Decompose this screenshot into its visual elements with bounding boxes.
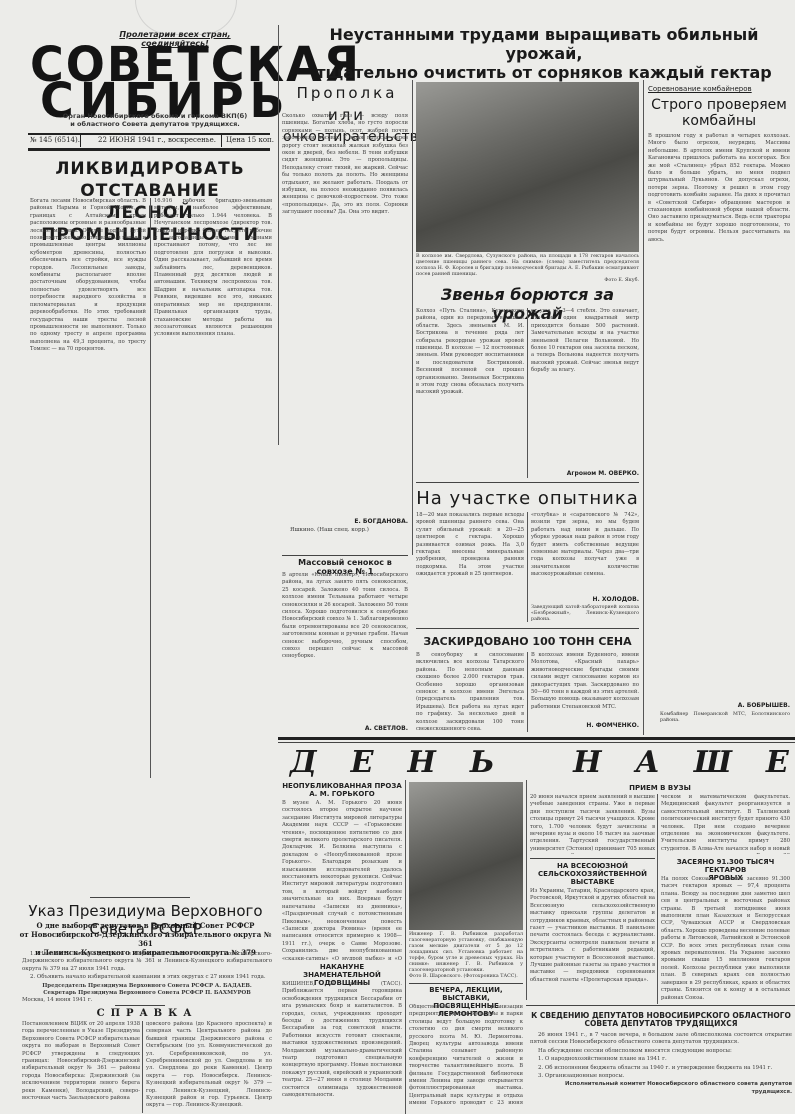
sown-body: На полях Союза к 15 июня засеяно 91.300 … (661, 876, 790, 1004)
notice-item3: 3. Организационные вопросы. (530, 1073, 792, 1080)
organ-line2: и областного Совета депутатов трудящихся… (60, 120, 250, 128)
lermontov-body: Общественные организации предприятий, дв… (409, 1004, 523, 1109)
issue-date: 22 ИЮНЯ 1941 г., воскресенье. (98, 136, 216, 144)
combines-body: В прошлом году я работал в четырех колхо… (648, 133, 790, 693)
lermontov-title-line1: ВЕЧЕРА, ЛЕКЦИИ, ВЫСТАВКИ, (409, 986, 523, 1002)
notice-line2: На обсуждение сессии облисполком вносятс… (530, 1048, 792, 1055)
ukaz-item2: 2. Объявить начало избирательной кампани… (22, 974, 272, 981)
newspaper-page: Пролетарии всех стран, соединяйтесь! СОВ… (0, 0, 795, 1114)
exhibition-headline: НА ВСЕСОЮЗНОЙ СЕЛЬСКОХОЗЯЙСТВЕННОЙ ВЫСТА… (530, 862, 655, 886)
notice-body: 26 июня 1941 г., в 7 часов вечера, в бол… (530, 1032, 792, 1112)
gas-generator-photo (409, 782, 523, 930)
spravka-col1: Постановлением ВЦИК от 20 апреля 1938 го… (22, 1021, 140, 1113)
combines-title-line2: комбайны (648, 113, 790, 129)
weeding-dateline: Яшкино. (Наш спец. корр.) (290, 527, 369, 533)
exhibition-title-line2: СЕЛЬСКОХОЗЯЙСТВЕННОЙ (530, 870, 655, 878)
experimenter-col2: «голубка» и «саратовского № 742», возили… (531, 512, 639, 592)
forestry-col1: Богата лесами Новосибирская область. В р… (30, 198, 146, 778)
notice-signature: Исполнительный комитет Новосибирского об… (530, 1081, 792, 1096)
combines-title-line1: Строго проверяем (648, 97, 790, 113)
universities-headline: ПРИЕМ В ВУЗЫ (530, 784, 790, 792)
spravka-col2: цовского района (до Красного проспекта) … (146, 1021, 272, 1113)
gorky-headline: НЕОПУБЛИКОВАННАЯ ПРОЗА А. М. ГОРЬКОГО (282, 782, 402, 798)
sovkhoz-signature: А. СВЕТЛОВ. (282, 725, 408, 732)
notice-headline: К СВЕДЕНИЮ ДЕПУТАТОВ НОВОСИБИРСКОГО ОБЛА… (530, 1012, 792, 1028)
gorky-body: В музее А. М. Горького 20 июня состоялос… (282, 800, 402, 960)
wheat-field-photo (416, 82, 639, 252)
organ-line1: Орган Новосибирского обкома и горкома ВК… (60, 112, 250, 120)
exhibition-title-line1: НА ВСЕСОЮЗНОЙ (530, 862, 655, 870)
gas-generator-caption-text: Инженер Г. В. Рыбников разработал газоге… (409, 932, 523, 973)
weeding-signature: Е. БОГДАНОВА. (282, 518, 408, 525)
ukaz-body: 1. Назначить выборы депутата в Верховный… (22, 951, 272, 1007)
links-col2: ет уже по 3—4 стебля. Это означает, что … (531, 308, 639, 468)
sown-title-line1: ЗАСЕЯНО 91.300 ТЫСЯЧ ГЕКТАРОВ (661, 858, 790, 874)
exhibition-title-line3: ВЫСТАВКЕ (530, 878, 655, 886)
forestry-title-line1: ЛИКВИДИРОВАТЬ ОТСТАВАНИЕ (30, 158, 270, 202)
gas-generator-caption: Инженер Г. В. Рыбников разработал газоге… (409, 932, 523, 980)
universities-col1: 20 июня начался прием заявлений в высшие… (530, 794, 655, 854)
spravka-headline: СПРАВКА (22, 1008, 272, 1019)
experimenter-headline: На участке опытника (416, 488, 639, 510)
combines-signature-sub: Комбайнер Померанской МТС, Болотнинского… (660, 712, 790, 724)
hay-signature: Н. ФОМЧЕНКО. (531, 722, 639, 729)
ukaz-place-date: Москва, 14 июня 1941 г. (22, 997, 272, 1004)
experimenter-signature: Н. ХОЛОДОВ. (531, 596, 639, 603)
notice-item1: 1. О народнохозяйственном плане на 1941 … (530, 1056, 792, 1063)
links-col1: Колхоз «Путь Сталина», Купинского района… (416, 308, 524, 478)
combines-signature: А. БОБРЫШЕВ. (648, 702, 790, 709)
anniversary-title-line1: НАКАНУНЕ ЗНАМЕНАТЕЛЬНОЙ (282, 963, 402, 979)
wheat-photo-credit: Фото Е. Якуб. (416, 278, 639, 284)
notice-item2: 2. Об исполнении бюджета области за 1940… (530, 1065, 792, 1072)
combines-headline: Строго проверяем комбайны (648, 97, 790, 129)
notice-title-line2: СОВЕТА ДЕПУТАТОВ ТРУДЯЩИХСЯ (530, 1020, 792, 1028)
gorky-title-line2: А. М. ГОРЬКОГО (282, 790, 402, 798)
wheat-caption-text: В колхозе им. Свердлова, Сузунского райо… (416, 254, 639, 277)
masthead-organ: Орган Новосибирского обкома и горкома ВК… (60, 112, 250, 128)
combines-kicker: Соревнование комбайнеров (648, 85, 790, 93)
ukaz-chairman: Председатель Президиума Верховного Совет… (22, 983, 272, 990)
hay-col1: В сеноуборку и силосование включились вс… (416, 652, 524, 732)
hay-headline: ЗАСКИРДОВАНО 100 ТОНН СЕНА (416, 635, 639, 648)
exhibition-body: Из Украины, Татарии, Краснодарского края… (530, 888, 655, 1000)
gas-generator-photo-credit: Фото В. Шаровского. (Фотохроника ТАСС). (409, 974, 523, 980)
issue-price: Цена 15 коп. (226, 136, 274, 144)
ukaz-item1: 1. Назначить выборы депутата в Верховный… (22, 951, 272, 973)
banner-line1: Неустанными трудами выращивать обильный … (298, 25, 790, 63)
ukaz-secretary: Секретарь Президиума Верховного Совета Р… (22, 990, 272, 997)
sovkhoz-body: В артели «Юный пионер», Новосибирского р… (282, 572, 408, 722)
forestry-col2: 16.916 рабочих бригадно-звеньевым методо… (154, 198, 272, 778)
issue-number: № 145 (6514). (30, 136, 80, 144)
experimenter-signature-sub: Заведующий хатой-лабораторией колхоза «Б… (531, 605, 639, 623)
experimenter-col1: 18—20 мая показались первые всходы ярово… (416, 512, 524, 612)
day-of-country-banner: ДЕНЬ НАШЕЙ СТРАНЫ (290, 745, 795, 780)
universities-col2: ческом и математическом факультетах. Мед… (661, 794, 790, 854)
ukaz-subtitle-line1: О дне выборов депутатов в Верховный Сове… (18, 921, 273, 930)
notice-line1: 26 июня 1941 г., в 7 часов вечера, в бол… (530, 1032, 792, 1047)
anniversary-body: КИШИНЕВ, 20 июня. (ТАСС). Приближается п… (282, 981, 402, 1111)
weeding-body: Сколько охватит глаз — всюду поля пшениц… (282, 113, 408, 513)
links-signature: Агроном М. ОВЕРКО. (531, 470, 639, 477)
ukaz-subtitle-line2: от Новосибирского-Дзержинского избирател… (18, 930, 273, 948)
wheat-photo-caption: В колхозе им. Свердлова, Сузунского райо… (416, 254, 639, 284)
gorky-title-line1: НЕОПУБЛИКОВАННАЯ ПРОЗА (282, 782, 402, 790)
hay-col2: В колхозах имени Буденного, имени Молото… (531, 652, 639, 722)
